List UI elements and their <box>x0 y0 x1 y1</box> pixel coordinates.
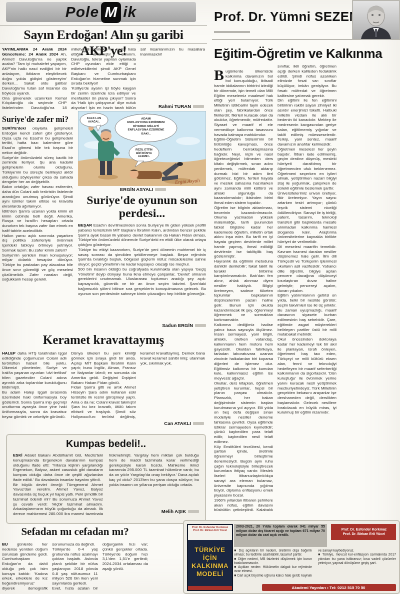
byline-source-mark <box>193 422 204 425</box>
article-egitim-body: Bugünlerde ülkemizde kalkınma davamızın … <box>214 64 400 516</box>
byline-melih-asik: Melih AŞIK <box>117 509 199 517</box>
book-cover: Prof. Dr. Esfender Korkmaz Prof. Dr. Bir… <box>187 524 233 591</box>
credit-source-mark <box>155 188 166 191</box>
book-cover-title: TÜRKİYE İÇİN KALKINMA MODELİ <box>188 540 232 586</box>
masthead-m-logo: M <box>101 2 121 23</box>
author-contact-mark <box>214 31 250 33</box>
newspaper-page: PoleMik Sayın Erdoğan! Alın şu garibi AK… <box>0 0 400 594</box>
article-erdogan-body: YAYIMLANMA 24 Aralık 2024 Güncelleme: 24… <box>2 47 205 112</box>
book-advert: Prof. Dr. Esfender Korkmaz Prof. Dr. Bir… <box>183 520 400 594</box>
article-kumpas-body: ESKİ Adalet Bakanı Abdülhamit Gül, Mecli… <box>13 453 199 517</box>
book-cover-authors: Prof. Dr. Esfender Korkmaz Prof. Dr. Bir… <box>188 525 232 540</box>
rule-author <box>212 39 400 40</box>
svg-text:BAK!..: BAK!.. <box>141 131 150 135</box>
author-photo <box>352 0 400 40</box>
rule-top <box>0 25 207 26</box>
headline-suriye-oyun: Suriye'de oyunun son perdesi... <box>78 194 206 219</box>
article-zafer-body: SURİYE'deki olaylarla gelişmeleri Erdoğa… <box>2 126 73 332</box>
photo-tie <box>375 29 377 37</box>
headline-sefadan: Sefadan mı cefadan mı? <box>0 527 150 538</box>
advert-stat-box: 2003-2021, 20 Yılda toplam olarak 941 mi… <box>234 524 327 547</box>
rule-under-headline <box>0 43 207 44</box>
author-name: Prof. Dr. Yümni SEZEN <box>214 9 359 24</box>
headline-suriyede-zafer: Suriye'de zafer mi? <box>2 115 74 124</box>
headline-kumpas: Kumpas bedeli!.. <box>7 439 205 450</box>
svg-text:ALEME!..: ALEME!.. <box>138 154 150 158</box>
byline-source-mark <box>195 324 206 327</box>
article-sefadan-body: BU günlerde her nedense yeniden doğum so… <box>2 542 148 594</box>
advert-contact-strip: Akademi Yayınları • Tel: 0212 515 70 50 <box>262 584 396 591</box>
masthead-post: ik <box>123 4 137 21</box>
cloud <box>176 137 200 145</box>
article-suriye-oyun-body: BEŞAR Esad'ın devrilmesinden sonra Suriy… <box>78 223 206 322</box>
svg-text:AYAĞA!..: AYAĞA!.. <box>88 118 100 123</box>
cartoon-illustration: KALK LAN AYAĞA!.. ADAMI ENFLASYONA EZDİR… <box>78 111 206 186</box>
article-keramet-body: HALEP daha HTŞ tarafından işgal edildiği… <box>2 351 205 421</box>
headline-keramet: Keramet kravattaymış <box>0 333 207 348</box>
boxed-article-kumpas: Kumpas bedeli!.. ESKİ Adalet Bakanı Abdü… <box>6 434 206 524</box>
masthead-pre: Pole <box>65 4 99 21</box>
advert-authors-box: Prof. Dr. Esfender Korkmaz Prof. Dr. Bir… <box>331 524 396 540</box>
rubble <box>98 175 118 180</box>
book-cover-band <box>188 586 232 590</box>
column-masthead-polemik: PoleMik <box>6 2 196 22</box>
advert-contact-text: Akademi Yayınları • Tel: 0212 515 70 50 <box>292 585 366 590</box>
byline-source-mark <box>188 510 199 513</box>
byline-can-atakli: Can ATAKLI <box>124 421 204 429</box>
advert-bullets: ■ Dış açıkların bir nedeni, üretimin dış… <box>234 549 396 582</box>
speech-bubble-2: ADAMI ENFLASYONA EZDİRMEM DİYEREK MİLLET… <box>115 114 177 142</box>
article-erdogan-kicker: YAYIMLANMA 24 Aralık 2024 Güncelleme: 24… <box>2 47 67 56</box>
headline-egitim-kalkinma: Eğitim-Öğretim ve Kalkınma <box>214 46 400 61</box>
byline-sadun-ergin: Sadun ERGİN <box>118 323 206 331</box>
byline-source-mark <box>193 105 204 108</box>
editorial-cartoon: KALK LAN AYAĞA!.. ADAMI ENFLASYONA EZDİR… <box>78 111 206 186</box>
dropcap: B <box>214 69 224 81</box>
